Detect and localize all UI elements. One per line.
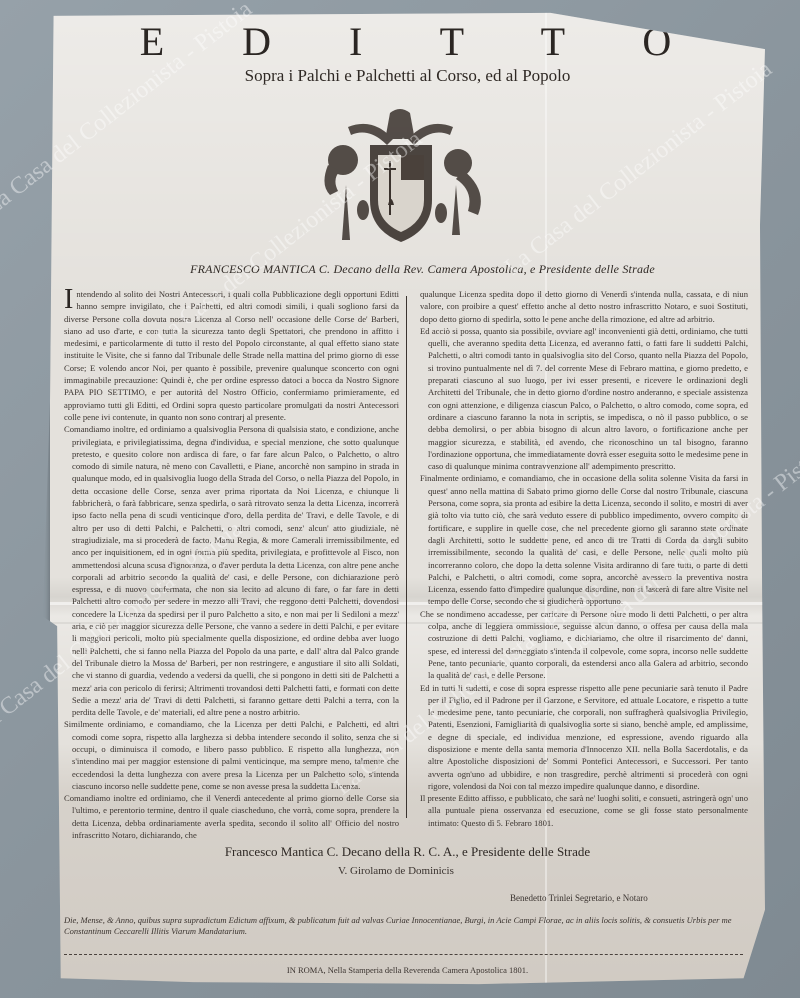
paragraph: Il presente Editto affisso, e pubblicato… (420, 792, 748, 829)
decree-heading: FRANCESCO MANTICA C. Decano della Rev. C… (110, 262, 735, 277)
paragraph: qualunque Licenza spedita dopo il detto … (420, 288, 748, 325)
paragraph: Similmente ordiniamo, e comandiamo, che … (64, 718, 399, 792)
paragraph: Intendendo al solito dei Nostri Antecess… (64, 288, 399, 423)
text-column-right: qualunque Licenza spedita dopo il detto … (420, 288, 748, 829)
edict-sheet: E D I T T O Sopra i Palchi e Palchetti a… (50, 10, 765, 988)
paragraph: Ed in tutti li sudetti, e cose di sopra … (420, 682, 748, 793)
divider-rule (64, 954, 743, 956)
signature-countersign: V. Girolamo de Dominicis (338, 865, 454, 877)
printer-imprint: IN ROMA, Nella Stamperia della Reverenda… (50, 965, 765, 975)
drop-cap: I (64, 288, 73, 312)
column-divider (406, 296, 407, 818)
paragraph: Ed acciò si possa, quanto sia possibile,… (420, 325, 748, 473)
paragraph: Comandiamo inoltre, ed ordiniamo a quals… (64, 423, 399, 718)
document-subtitle: Sopra i Palchi e Palchetti al Corso, ed … (50, 66, 765, 86)
signature-main: Francesco Mantica C. Decano della R. C. … (50, 844, 765, 860)
papal-coat-of-arms-icon (308, 105, 493, 255)
publication-note: Die, Mense, & Anno, quibus supra supradi… (64, 915, 745, 937)
paragraph: Finalmente ordiniamo, e comandiamo, che … (420, 472, 748, 607)
paragraph: Che se nondimeno accadesse, per caricare… (420, 608, 748, 682)
document-title: E D I T T O (50, 18, 765, 65)
paragraph: Comandiamo inoltre ed ordiniamo, che il … (64, 792, 399, 841)
signature-secretary: Benedetto Trinlei Segretario, e Notaro (510, 893, 648, 903)
text-column-left: Intendendo al solito dei Nostri Antecess… (64, 288, 399, 841)
